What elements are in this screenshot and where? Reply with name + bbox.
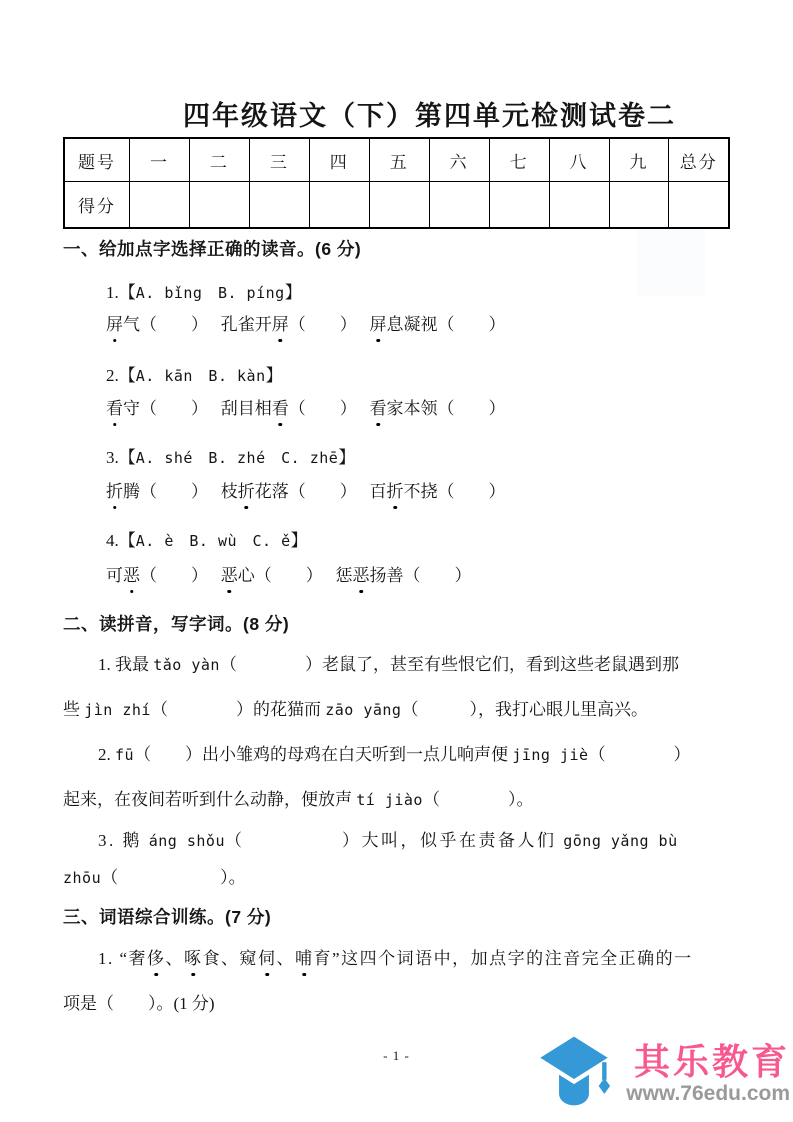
question-2-options: 2.【A. kān B. kàn】 (106, 364, 283, 388)
table-header-cell: 题号 (64, 138, 130, 182)
section-3-line-2: 项是（ ）。(1 分) (63, 992, 215, 1016)
question-2-words: 看守（ ） 刮目相看（ ） 看家本领（ ） (106, 397, 506, 421)
table-header-cell: 三 (249, 138, 309, 182)
table-header-cell: 一 (130, 138, 190, 182)
score-cell (489, 182, 549, 229)
table-header-cell: 四 (309, 138, 369, 182)
exam-paper-page: 四年级语文（下）第四单元检测试卷二 题号 一 二 三 四 五 六 七 八 九 总… (0, 0, 793, 1122)
table-header-cell: 六 (429, 138, 489, 182)
table-header-cell: 八 (549, 138, 609, 182)
table-header-cell: 二 (189, 138, 249, 182)
question-1-options: 1.【A. bǐng B. píng】 (106, 281, 302, 305)
question-3-options: 3.【A. shé B. zhé C. zhē】 (106, 446, 355, 470)
score-cell (130, 182, 190, 229)
score-cell (249, 182, 309, 229)
question-1-words: 屏气（ ） 孔雀开屏（ ） 屏息凝视（ ） (106, 313, 506, 337)
table-header-cell: 七 (489, 138, 549, 182)
section-1-heading: 一、给加点字选择正确的读音。(6 分) (63, 237, 361, 261)
section-2-heading: 二、读拼音，写字词。(8 分) (63, 612, 289, 636)
table-row-question-numbers: 题号 一 二 三 四 五 六 七 八 九 总分 (64, 138, 729, 182)
question-4-options: 4.【A. è B. wù C. ě】 (106, 529, 308, 553)
brand-url: www.76edu.com (626, 1082, 790, 1105)
score-cell (669, 182, 729, 229)
score-cell (609, 182, 669, 229)
score-cell (549, 182, 609, 229)
section-2-line-5: 3. 鹅 áng shǒu（ ）大叫，似乎在责备人们 gōng yǎng bù (98, 829, 678, 853)
table-header-cell: 九 (609, 138, 669, 182)
page-title: 四年级语文（下）第四单元检测试卷二 (0, 94, 793, 133)
question-3-words: 折腾（ ） 枝折花落（ ） 百折不挠（ ） (106, 480, 506, 504)
score-cell (309, 182, 369, 229)
score-cell (189, 182, 249, 229)
table-row-score: 得分 (64, 182, 729, 229)
section-2-line-1: 1. 我最 tǎo yàn（ ）老鼠了，甚至有些恨它们，看到这些老鼠遇到那 (98, 653, 679, 677)
section-2-line-2: 些 jìn zhí（ ）的花猫而 zāo yāng（ ），我打心眼儿里高兴。 (63, 698, 648, 722)
score-table: 题号 一 二 三 四 五 六 七 八 九 总分 得分 (63, 137, 730, 229)
section-2-line-3: 2. fū（ ）出小雏鸡的母鸡在白天听到一点儿响声便 jīng jiè（ ） (98, 743, 691, 767)
graduation-cap-icon (530, 1027, 618, 1120)
table-header-cell: 总分 (669, 138, 729, 182)
question-4-words: 可恶（ ） 恶心（ ） 惩恶扬善（ ） (106, 564, 472, 588)
score-cell (369, 182, 429, 229)
score-cell (429, 182, 489, 229)
scan-artifact (637, 228, 705, 296)
section-2-line-4: 起来，在夜间若听到什么动静，便放声 tí jiào（ ）。 (63, 788, 533, 812)
section-3-line-1: 1. “奢侈、啄食、窥伺、哺育”这四个词语中，加点字的注音完全正确的一 (98, 947, 693, 971)
logo-text: 其乐教育 www.76edu.com (626, 1042, 790, 1105)
publisher-logo: 其乐教育 www.76edu.com (530, 1027, 790, 1120)
brand-name: 其乐教育 (634, 1042, 790, 1082)
score-row-label: 得分 (64, 182, 130, 229)
section-2-line-6: zhōu（ ）。 (63, 866, 246, 890)
section-3-heading: 三、词语综合训练。(7 分) (63, 905, 271, 929)
table-header-cell: 五 (369, 138, 429, 182)
